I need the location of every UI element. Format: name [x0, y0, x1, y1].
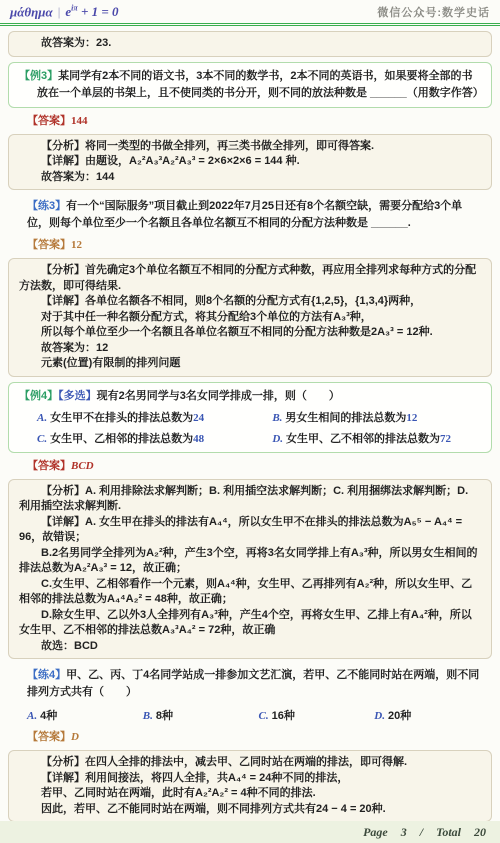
brand-logo: μάθημα|eiπ + 1 = 0: [10, 4, 119, 20]
option-value: 24: [193, 412, 204, 424]
footer-page-number: 3: [401, 825, 407, 840]
option-letter: B.: [143, 710, 156, 722]
practice4-question: 【练4】甲、乙、丙、丁4名同学站成一排参加文艺汇演，若甲、乙不能同时站在两端，则…: [27, 667, 482, 701]
practice4-options: A.4种 B.8种 C.16种 D.20种: [27, 708, 490, 724]
option-text: 16种: [272, 710, 295, 722]
solution-line: 【详解】A. 女生甲在排头的排法有A₄⁴，所以女生甲不在排头的排法总数为A₅⁵ …: [19, 515, 481, 546]
example3-question-text: 某同学有2本不同的语文书，3本不同的数学书，2本不同的英语书，如果要将全部的书放…: [37, 70, 484, 99]
footer-total-label: Total: [436, 825, 461, 840]
solution-line: 故答案为：23.: [19, 36, 481, 52]
footer-bar: Page 3 / Total 20: [0, 821, 500, 843]
multi-select-tag: 【多选】: [58, 390, 97, 402]
solution-line: 【详解】利用间接法，将四人全排，共A₄⁴ = 24种不同的排法，: [19, 771, 481, 787]
solution-line: 若甲、乙同时站在两端，此时有A₂²A₂² = 4种不同的排法.: [19, 786, 481, 802]
practice4-answer-line: 【答案】D: [27, 729, 500, 745]
option-value: 72: [440, 433, 451, 445]
practice3-question: 【练3】有一个“国际服务”项目截止到2022年7月25日还有8个名额空缺，需要分…: [27, 198, 482, 232]
option-text: 女生甲不在排头的排法总数为: [50, 412, 193, 424]
example3-label: 【例3】: [19, 70, 58, 82]
option-text: 男女生相间的排法总数为: [285, 412, 406, 424]
option-text: 8种: [156, 710, 173, 722]
example4-answer-line: 【答案】BCD: [27, 458, 500, 474]
option-C: C.女生甲、乙相邻的排法总数为48: [37, 431, 272, 447]
option-letter: D.: [374, 710, 388, 722]
solution-line: 因此，若甲、乙不能同时站在两端，则不同排列方式共有24 − 4 = 20种.: [19, 802, 481, 818]
solution-line: 对于其中任一种名额分配方式，将其分配给3个单位的方法有A₃³种，: [19, 310, 481, 326]
brand-name: μάθημα: [10, 4, 53, 19]
option-B: B.男女生相间的排法总数为12: [272, 410, 481, 426]
solution-line: 【分析】首先确定3个单位名额互不相同的分配方式种数，再应用全排列求每种方式的分配…: [19, 263, 481, 294]
footer-total-number: 20: [474, 825, 486, 840]
option-letter: B.: [272, 412, 285, 424]
solution-line: 【详解】由题设，A₂²A₃³A₂²A₃³ = 2×6×2×6 = 144 种.: [19, 154, 481, 170]
example3-question: 【例3】某同学有2本不同的语文书，3本不同的数学书，2本不同的英语书，如果要将全…: [37, 68, 481, 102]
option-text: 女生甲、乙不相邻的排法总数为: [286, 433, 440, 445]
page-header: μάθημα|eiπ + 1 = 0 微信公众号:数学史话: [0, 0, 500, 26]
practice4-answer-value: D: [71, 731, 79, 743]
answer-label: 【答案】: [27, 239, 71, 251]
euler-formula: eiπ + 1 = 0: [65, 4, 118, 19]
option-D: D.女生甲、乙不相邻的排法总数为72: [272, 431, 481, 447]
example4-answer-value: BCD: [71, 460, 94, 472]
option-A: A.4种: [27, 708, 143, 724]
solution-line: 故答案为：12: [19, 341, 481, 357]
footer-separator: /: [420, 825, 423, 840]
formula-exponent: iπ: [71, 4, 78, 13]
practice3-question-text: 有一个“国际服务”项目截止到2022年7月25日还有8个名额空缺，需要分配给3个…: [27, 200, 462, 229]
option-letter: A.: [37, 412, 50, 424]
solution-line: 【分析】将同一类型的书做全排列，再三类书做全排列，即可得答案.: [19, 139, 481, 155]
answer-label: 【答案】: [27, 115, 71, 127]
solution-line: 【分析】在四人全排的排法中，减去甲、乙同时站在两端的排法，即可得解.: [19, 755, 481, 771]
solution-line: 元素(位置)有限制的排列问题: [19, 356, 481, 372]
brand-divider: |: [53, 4, 66, 19]
example3-answer-line: 【答案】144: [27, 113, 500, 129]
solution-line: 所以每个单位至少一个名额且各单位名额互不相同的分配方法种数是2A₃³ = 12种…: [19, 325, 481, 341]
option-letter: C.: [37, 433, 50, 445]
option-letter: D.: [272, 433, 286, 445]
example4-question: 【例4】【多选】现有2名男同学与3名女同学排成一排，则（ ）: [37, 388, 481, 405]
example4-question-text: 现有2名男同学与3名女同学排成一排，则（ ）: [97, 390, 340, 402]
option-value: 48: [193, 433, 204, 445]
practice4-question-text: 甲、乙、丙、丁4名同学站成一排参加文艺汇演，若甲、乙不能同时站在两端，则不同排列…: [27, 669, 479, 698]
practice4-label: 【练4】: [27, 669, 66, 681]
example3-solution-box: 【分析】将同一类型的书做全排列，再三类书做全排列，即可得答案. 【详解】由题设，…: [8, 134, 492, 191]
example4-label: 【例4】: [19, 390, 58, 402]
solution-line: 【分析】A. 利用排除法求解判断；B. 利用插空法求解判断；C. 利用捆绑法求解…: [19, 484, 481, 515]
option-B: B.8种: [143, 708, 259, 724]
practice3-label: 【练3】: [27, 200, 66, 212]
practice3-solution-box: 【分析】首先确定3个单位名额互不相同的分配方式种数，再应用全排列求每种方式的分配…: [8, 258, 492, 377]
solution-line: 故选：BCD: [19, 639, 481, 655]
option-text: 4种: [40, 710, 57, 722]
solution-line: C.女生甲、乙相邻看作一个元素，则A₄⁴种，女生甲、乙再排列有A₂²种，所以女生…: [19, 577, 481, 608]
option-C: C.16种: [259, 708, 375, 724]
previous-solution-tail-box: 故答案为：23.: [8, 31, 492, 57]
footer-page-label: Page: [363, 825, 388, 840]
option-value: 12: [406, 412, 417, 424]
option-D: D.20种: [374, 708, 490, 724]
example4-options: A.女生甲不在排头的排法总数为24 B.男女生相间的排法总数为12 C.女生甲、…: [37, 410, 481, 447]
solution-line: 【详解】各单位名额各不相同，则8个名额的分配方式有{1,2,5}，{1,3,4}…: [19, 294, 481, 310]
option-A: A.女生甲不在排头的排法总数为24: [37, 410, 272, 426]
option-text: 20种: [388, 710, 411, 722]
practice4-solution-box: 【分析】在四人全排的排法中，减去甲、乙同时站在两端的排法，即可得解. 【详解】利…: [8, 750, 492, 822]
practice3-answer-line: 【答案】12: [27, 237, 500, 253]
option-text: 女生甲、乙相邻的排法总数为: [50, 433, 193, 445]
solution-line: B.2名男同学全排列为A₂²种，产生3个空，再将3名女同学排上有A₃³种，所以男…: [19, 546, 481, 577]
example4-solution-box: 【分析】A. 利用排除法求解判断；B. 利用插空法求解判断；C. 利用捆绑法求解…: [8, 479, 492, 660]
solution-line: D.除女生甲、乙以外3人全排列有A₃³种，产生4个空，再将女生甲、乙排上有A₄²…: [19, 608, 481, 639]
wechat-account-label: 微信公众号:数学史话: [377, 4, 490, 20]
option-letter: A.: [27, 710, 40, 722]
example3-question-box: 【例3】某同学有2本不同的语文书，3本不同的数学书，2本不同的英语书，如果要将全…: [8, 62, 492, 108]
practice3-answer-value: 12: [71, 239, 82, 251]
answer-label: 【答案】: [27, 460, 71, 472]
answer-label: 【答案】: [27, 731, 71, 743]
solution-line: 故答案为：144: [19, 170, 481, 186]
option-letter: C.: [259, 710, 272, 722]
example3-answer-value: 144: [71, 115, 88, 127]
example4-question-box: 【例4】【多选】现有2名男同学与3名女同学排成一排，则（ ） A.女生甲不在排头…: [8, 382, 492, 453]
